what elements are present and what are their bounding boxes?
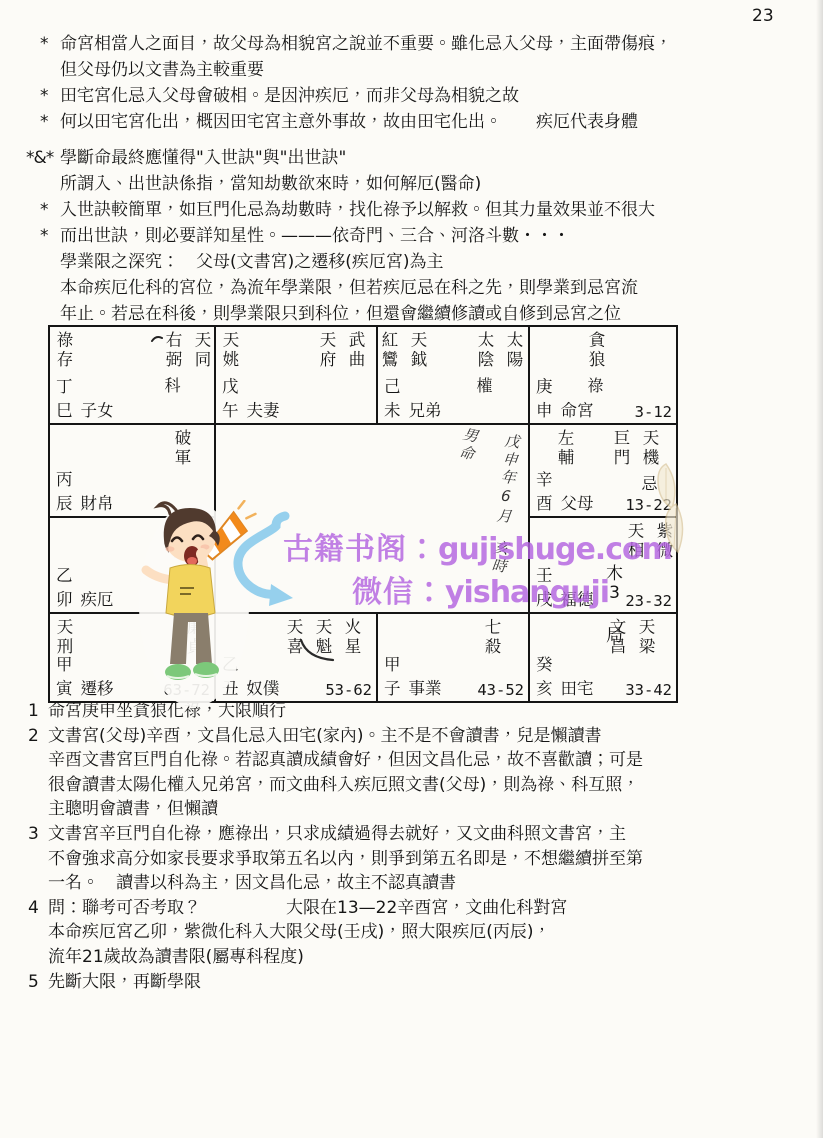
line-text: 所謂入、出世訣係指，當知劫數欲來時，如何解厄(醫命) <box>60 174 481 194</box>
star-name: 天梁 <box>637 618 654 657</box>
branch-palace-label: 未兄弟 <box>384 397 442 421</box>
line-text: 本命疾厄化科的宮位，為流年學業限，但若疾厄忌在科之先，則學業到忌宮流 <box>60 278 638 298</box>
line-marker: * <box>40 31 60 57</box>
line-text: 主聰明會讀書，但懶讀 <box>48 799 218 819</box>
palace-cell-8: 廉貞天刑甲寅遷移63-72 <box>50 614 216 701</box>
branch-palace-label: 辰財帛 <box>56 490 114 514</box>
star-name: 天鉞 <box>409 331 426 370</box>
notes-top: *命宮相當人之面目，故父母為相貌宮之說並不重要。雖化忌入父母，主面帶傷痕，但父母… <box>0 31 823 135</box>
star-column: 天梁 <box>637 618 654 657</box>
star-name: 天府 <box>318 331 335 370</box>
star-column: 廉貞 <box>185 618 202 657</box>
main-stars: 太陽太陰權 <box>476 331 522 396</box>
star-column: 武曲 <box>347 331 364 370</box>
text-line: 所謂入、出世訣係指，當知劫數欲來時，如何解厄(醫命) <box>40 171 823 197</box>
minor-stars: 天姚 <box>221 331 238 370</box>
scanned-book-page: 23 *命宮相當人之面目，故父母為相貌宮之說並不重要。雖化忌入父母，主面帶傷痕，… <box>0 0 823 1138</box>
heavenly-stem: 丙 <box>56 466 73 490</box>
star-name: 天機 <box>641 429 658 468</box>
star-column: 祿存 <box>55 331 72 370</box>
line-marker: * <box>40 197 60 223</box>
decade-range: 33-42 <box>625 681 672 699</box>
text-line: 主聰明會讀書，但懶讀 <box>28 797 823 822</box>
star-name: 紅鸞 <box>380 331 397 370</box>
star-column: 文昌 <box>608 618 625 657</box>
text-line: 但父母仍以文書為主較重要 <box>40 57 823 83</box>
text-line: 本命疾厄化科的宮位，為流年學業限，但若疾厄忌在科之先，則學業到忌宮流 <box>40 275 823 301</box>
decade-range: 43-52 <box>477 681 524 699</box>
text-line: 本命疾厄宮乙卯，紫微化科入大限父母(壬戌)，照大限疾厄(丙辰)， <box>28 920 823 945</box>
ziwei-chart-grid: 木 3 局 男命 戊申年6月 亥時 天同右弼科祿存丁巳子女武曲天府天姚戊午夫妻太… <box>48 325 678 703</box>
palace-cell-9: 火星天魁天喜乙丑奴僕53-62 <box>216 614 378 701</box>
main-stars: 天梁文昌 <box>608 618 654 657</box>
line-text: 文書宮辛巨門自化祿，應祿出，只求成績過得去就好，又文曲科照文書宮，主 <box>48 824 626 844</box>
palace-cell-4: 破軍丙辰財帛 <box>50 425 216 518</box>
palace-name: 財帛 <box>81 490 114 514</box>
branch-palace-label: 丑奴僕 <box>222 675 280 699</box>
decade-range: 13-22 <box>625 496 672 514</box>
line-marker: * <box>40 83 60 109</box>
line-marker: *&* <box>26 145 60 171</box>
text-line: 一名。 讀書以科為主，因文昌化忌，故主不認真讀書 <box>28 871 823 896</box>
heavenly-stem: 癸 <box>536 651 553 675</box>
star-name: 左輔 <box>556 429 573 468</box>
star-name: 天同 <box>193 331 210 370</box>
star-name: 右弼 <box>164 331 181 370</box>
line-marker: 4 <box>28 896 48 921</box>
line-text: 而出世訣，則必要詳知星性。———依奇門、三合、河洛斗數・・・ <box>60 226 570 246</box>
heavenly-stem: 甲 <box>56 651 73 675</box>
main-stars: 貪狼祿 <box>587 331 604 396</box>
star-name: 太陽 <box>505 331 522 370</box>
earthly-branch: 巳 <box>56 397 73 421</box>
heavenly-stem: 丁 <box>56 373 73 397</box>
star-name: 巨門 <box>612 429 629 468</box>
text-line: 流年21歲故為讀書限(屬專科程度) <box>28 945 823 970</box>
earthly-branch: 辰 <box>56 490 73 514</box>
earthly-branch: 亥 <box>536 675 553 699</box>
star-column: 天機忌 <box>641 429 658 494</box>
line-marker: 1 <box>28 699 48 724</box>
text-line: 不會強求高分如家長要求爭取第五名以內，則爭到第五名即是，不想繼續拼至第 <box>28 847 823 872</box>
star-name: 破軍 <box>173 429 190 468</box>
branch-palace-label: 申命宮 <box>536 397 594 421</box>
palace-name: 夫妻 <box>247 397 280 421</box>
heavenly-stem: 甲 <box>384 651 401 675</box>
earthly-branch: 寅 <box>56 675 73 699</box>
text-line: 年止。若忌在科後，則學業限只到科位，但還會繼續修讀或自修到忌宮之位 <box>40 301 823 327</box>
branch-palace-label: 酉父母 <box>536 490 594 514</box>
star-column: 太陰權 <box>476 331 493 396</box>
branch-palace-label: 巳子女 <box>56 397 114 421</box>
line-text: 一名。 讀書以科為主，因文昌化忌，故主不認真讀書 <box>48 873 456 893</box>
text-line: *&*學斷命最終應懂得"入世訣"與"出世訣" <box>40 145 823 171</box>
minor-stars: 祿存 <box>55 331 72 370</box>
star-column: 天鉞 <box>409 331 426 370</box>
decade-range: 63-72 <box>163 681 210 699</box>
heavenly-stem: 己 <box>384 373 401 397</box>
decade-range: 3-12 <box>635 403 672 421</box>
palace-name: 疾厄 <box>81 586 114 610</box>
decade-range: 53-62 <box>325 681 372 699</box>
palace-cell-5: 天機忌巨門左輔辛酉父母13-22 <box>530 425 676 518</box>
star-column: 火星 <box>343 618 360 657</box>
main-stars: 天機忌巨門 <box>612 429 658 494</box>
main-stars: 武曲天府 <box>318 331 364 370</box>
star-column: 天喜 <box>285 618 302 657</box>
line-text: 學斷命最終應懂得"入世訣"與"出世訣" <box>60 148 346 168</box>
line-text: 田宅宮化忌入父母會破相。是因沖疾厄，而非父母為相貌之故 <box>60 86 519 106</box>
main-stars: 火星天魁天喜 <box>285 618 360 657</box>
earthly-branch: 卯 <box>56 586 73 610</box>
branch-palace-label: 午夫妻 <box>222 397 280 421</box>
palace-name: 奴僕 <box>247 675 280 699</box>
line-marker: 5 <box>28 970 48 995</box>
line-text: 辛酉文書宮巨門自化祿。若認真讀成績會好，但因文昌化忌，故不喜歡讀；可是 <box>48 750 643 770</box>
star-name: 廉貞 <box>185 618 202 657</box>
palace-cell-11: 天梁文昌癸亥田宅33-42 <box>530 614 676 701</box>
palace-name: 子女 <box>81 397 114 421</box>
text-line: 4問：聯考可否考取？ 大限在13—22辛酉宮，文曲化科對宮 <box>28 896 823 921</box>
earthly-branch: 午 <box>222 397 239 421</box>
earthly-branch: 丑 <box>222 675 239 699</box>
star-name: 七殺 <box>483 618 500 657</box>
line-text: 本命疾厄宮乙卯，紫微化科入大限父母(壬戌)，照大限疾厄(丙辰)， <box>48 922 551 942</box>
text-line: 2文書宮(父母)辛酉，文昌化忌入田宅(家內)。主不是不會讀書，兒是懶讀書 <box>28 724 823 749</box>
line-text: 文書宮(父母)辛酉，文昌化忌入田宅(家內)。主不是不會讀書，兒是懶讀書 <box>48 726 602 746</box>
palace-cell-1: 武曲天府天姚戊午夫妻 <box>216 327 378 425</box>
watermark-site: 古籍书阁：gujishuge.com <box>283 524 672 568</box>
line-text: 入世訣較簡單，如巨門化忌為劫數時，找化祿予以解救。但其力量效果並不很大 <box>60 200 655 220</box>
line-marker: * <box>40 223 60 249</box>
earthly-branch: 未 <box>384 397 401 421</box>
star-column: 天魁 <box>314 618 331 657</box>
main-stars: 廉貞 <box>185 618 202 657</box>
line-text: 學業限之深究： 父母(文書宮)之遷移(疾厄宮)為主 <box>60 252 444 272</box>
line-marker: * <box>40 109 60 135</box>
star-name: 武曲 <box>347 331 364 370</box>
decade-range: 23-32 <box>625 592 672 610</box>
star-name: 文曲 <box>171 522 188 561</box>
earthly-branch: 子 <box>384 675 401 699</box>
line-text: 命宮相當人之面目，故父母為相貌宮之說並不重要。雖化忌入父母，主面帶傷痕， <box>60 34 672 54</box>
main-stars: 七殺 <box>483 618 500 657</box>
heavenly-stem: 戊 <box>222 373 239 397</box>
notes-analysis: 1命宮庚申坐貪狼化祿，大限順行2文書宮(父母)辛酉，文昌化忌入田宅(家內)。主不… <box>0 699 823 994</box>
star-name: 文昌 <box>608 618 625 657</box>
transformation-label: 權 <box>476 373 492 396</box>
heavenly-stem: 辛 <box>536 466 553 490</box>
star-name: 天喜 <box>285 618 302 657</box>
earthly-branch: 申 <box>536 397 553 421</box>
minor-stars: 紅鸞天鉞 <box>380 331 426 370</box>
palace-cell-2: 太陽太陰權紅鸞天鉞己未兄弟 <box>378 327 530 425</box>
palace-cell-3: 貪狼祿庚申命宮3-12 <box>530 327 676 425</box>
star-column: 七殺 <box>483 618 500 657</box>
star-column: 文曲 <box>171 522 188 561</box>
palace-name: 遷移 <box>81 675 114 699</box>
palace-name: 命宮 <box>561 397 594 421</box>
star-column: 紅鸞 <box>380 331 397 370</box>
star-column: 天姚 <box>221 331 238 370</box>
main-stars: 天同右弼科 <box>164 331 210 396</box>
star-column: 巨門 <box>612 429 629 494</box>
star-name: 天魁 <box>314 618 331 657</box>
star-column: 天同 <box>193 331 210 396</box>
heavenly-stem: 乙 <box>56 562 73 586</box>
palace-name: 事業 <box>409 675 442 699</box>
text-line: 5先斷大限，再斷學限 <box>28 970 823 995</box>
star-name: 太陰 <box>476 331 493 370</box>
transformation-label: 科 <box>164 373 180 396</box>
line-text: 很會讀書太陽化權入兄弟宮，而文曲科入疾厄照文書(父母)，則為祿、科互照， <box>48 775 639 795</box>
line-text: 但父母仍以文書為主較重要 <box>60 60 264 80</box>
watermark-wechat: 微信：yishanguji <box>352 567 609 611</box>
star-name: 天姚 <box>221 331 238 370</box>
earthly-branch: 酉 <box>536 490 553 514</box>
star-column: 天府 <box>318 331 335 370</box>
transformation-label: 忌 <box>641 471 657 494</box>
palace-cell-10: 七殺甲子事業43-52 <box>378 614 530 701</box>
minor-stars: 左輔 <box>556 429 573 468</box>
star-column: 左輔 <box>556 429 573 468</box>
text-line: *何以田宅宮化出，概因田宅宮主意外事故，故由田宅化出。 疾厄代表身體 <box>40 109 823 135</box>
palace-name: 父母 <box>561 490 594 514</box>
star-column: 貪狼祿 <box>587 331 604 396</box>
star-column: 右弼科 <box>164 331 181 396</box>
palace-name: 田宅 <box>561 675 594 699</box>
palace-cell-6: 文曲乙卯疾厄 <box>50 518 216 614</box>
line-text: 年止。若忌在科後，則學業限只到科位，但還會繼續修讀或自修到忌宮之位 <box>60 304 621 324</box>
star-name: 祿存 <box>55 331 72 370</box>
line-text: 不會強求高分如家長要求爭取第五名以內，則爭到第五名即是，不想繼續拼至第 <box>48 849 643 869</box>
star-name: 火星 <box>343 618 360 657</box>
palace-name: 兄弟 <box>409 397 442 421</box>
heavenly-stem: 庚 <box>536 373 553 397</box>
text-line: 很會讀書太陽化權入兄弟宮，而文曲科入疾厄照文書(父母)，則為祿、科互照， <box>28 773 823 798</box>
heavenly-stem: 乙 <box>222 651 239 675</box>
line-text: 問：聯考可否考取？ 大限在13—22辛酉宮，文曲化科對宮 <box>48 898 567 918</box>
palace-cell-0: 天同右弼科祿存丁巳子女 <box>50 327 216 425</box>
branch-palace-label: 亥田宅 <box>536 675 594 699</box>
text-line: *命宮相當人之面目，故父母為相貌宮之說並不重要。雖化忌入父母，主面帶傷痕， <box>40 31 823 57</box>
branch-palace-label: 卯疾厄 <box>56 586 114 610</box>
text-line: *田宅宮化忌入父母會破相。是因沖疾厄，而非父母為相貌之故 <box>40 83 823 109</box>
main-stars: 破軍 <box>173 429 190 468</box>
text-line: *入世訣較簡單，如巨門化忌為劫數時，找化祿予以解救。但其力量效果並不很大 <box>40 197 823 223</box>
text-line: 3文書宮辛巨門自化祿，應祿出，只求成績過得去就好，又文曲科照文書宮，主 <box>28 822 823 847</box>
text-line: 學業限之深究： 父母(文書宮)之遷移(疾厄宮)為主 <box>40 249 823 275</box>
line-text: 先斷大限，再斷學限 <box>48 972 201 992</box>
star-column: 破軍 <box>173 429 190 468</box>
line-text: 流年21歲故為讀書限(屬專科程度) <box>48 947 304 967</box>
page-number: 23 <box>752 6 774 26</box>
line-text: 何以田宅宮化出，概因田宅宮主意外事故，故由田宅化出。 疾厄代表身體 <box>60 112 638 132</box>
transformation-label: 祿 <box>587 373 603 396</box>
main-stars: 文曲 <box>171 522 188 561</box>
notes-method: *&*學斷命最終應懂得"入世訣"與"出世訣"所謂入、出世訣係指，當知劫數欲來時，… <box>0 145 823 327</box>
text-line: 辛酉文書宮巨門自化祿。若認真讀成績會好，但因文昌化忌，故不喜歡讀；可是 <box>28 748 823 773</box>
star-column: 太陽 <box>505 331 522 396</box>
text-line: *而出世訣，則必要詳知星性。———依奇門、三合、河洛斗數・・・ <box>40 223 823 249</box>
star-name: 貪狼 <box>587 331 604 370</box>
line-marker: 3 <box>28 822 48 847</box>
line-marker: 2 <box>28 724 48 749</box>
branch-palace-label: 寅遷移 <box>56 675 114 699</box>
line-text: 命宮庚申坐貪狼化祿，大限順行 <box>48 701 286 721</box>
branch-palace-label: 子事業 <box>384 675 442 699</box>
